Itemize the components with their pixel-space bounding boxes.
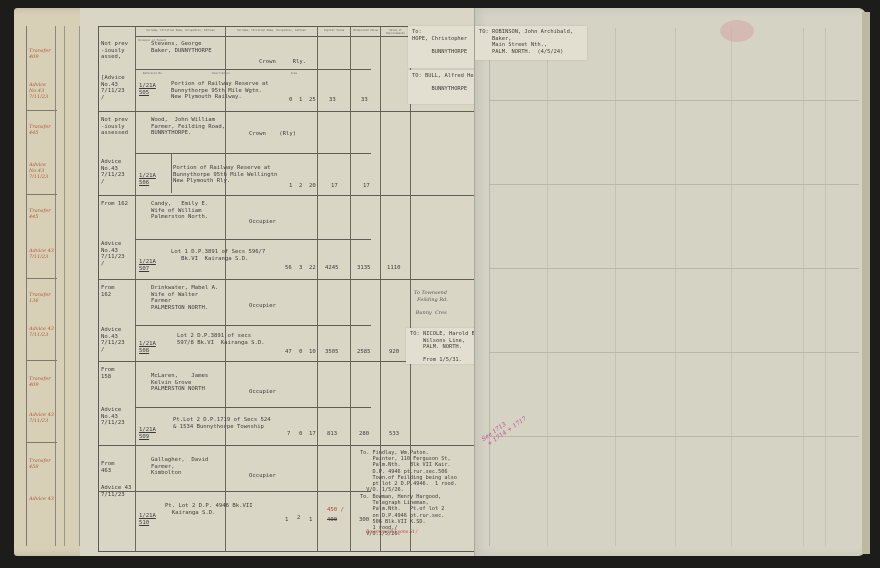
entry-ref-note: Not prev -iously assed, (101, 41, 128, 61)
ghost-line (615, 28, 616, 546)
entry-owner: Drinkwater, Mabel A. Wife of Walter Farm… (151, 285, 218, 311)
margin-stub-secondary (64, 26, 80, 546)
entry-area-acres: 7 (287, 431, 290, 438)
entry-advice: Advice No.43 7/11/23 / (101, 327, 125, 353)
red-footer-note: Bowman Vll Lyons St / (366, 530, 417, 537)
entry-advice: Advice No.43 7/11/23 / (101, 241, 125, 267)
stub-divider (27, 278, 57, 279)
col-line (317, 27, 318, 551)
margin-note: Advice 43 7/11/23 (29, 326, 57, 338)
margin-note: Advice 43 7/11/23 (29, 412, 57, 424)
row-divider (99, 111, 475, 112)
entry-description: Pt.Lot 2 D.P.1719 of Secs 524 & 1534 Bun… (173, 417, 271, 430)
margin-note: Transfer 458 (29, 458, 57, 470)
entry-occupier: Occupier (249, 389, 276, 396)
entry-folio: 1/21A 509 (139, 427, 156, 440)
entry-advice: Advice 43 7/11/23 (101, 485, 131, 498)
entry-area-acres: 1 (285, 517, 288, 524)
entry-ref-note: From 162 (101, 285, 114, 298)
transfer-note-findlay: To. Findlay, Wm.Paton. Painter, 110 Ferg… (360, 450, 457, 493)
entry-advice: [Advice No.43 7/11/23 / (101, 75, 125, 101)
ghost-line (489, 100, 859, 101)
entry-advice: Advice No.43 7/11/23 (101, 407, 125, 427)
left-page: Surname, Christian Name, Occupation, Add… (80, 8, 474, 556)
col-line (225, 27, 226, 551)
stub-divider (27, 442, 57, 443)
entry-improvements: 920 (389, 349, 399, 356)
entry-unimproved-value: 2585 (357, 349, 370, 356)
entry-occupier: Crown (Rly) (249, 131, 296, 138)
entry-area-acres: 0 (289, 97, 292, 104)
entry-owner: Gallagher, David Farmer, Kimbolton (151, 457, 208, 477)
sub-header: Area (271, 70, 317, 80)
stub-divider (27, 194, 57, 195)
entry-ref-note: From 162 (101, 201, 128, 208)
sub-row-divider (135, 325, 371, 326)
entry-capital-value-amended: 450 / (327, 507, 344, 514)
right-page: TO: ROBINSON, John Archibald, Baker, Mai… (474, 8, 866, 556)
entry-capital-value: 33 (329, 97, 336, 104)
margin-note: Advice No.43 7/11/23 (29, 82, 57, 100)
entry-folio: 1/21A 505 (139, 83, 156, 96)
entry-improvements: 1110 (387, 265, 400, 272)
entry-owner: Stevens, George Baker, DUNNYTHORPE (151, 41, 212, 54)
entry-description: Lot 1 D.P.3891 of Secs 596/7 Bk.VI Kaira… (171, 249, 265, 262)
entry-owner: McLaren, James Kelvin Grove PALMERSTON N… (151, 373, 208, 393)
entry-unimproved-value: 33 (361, 97, 368, 104)
ghost-line (489, 436, 859, 437)
entry-area-roods: 3 (299, 265, 302, 272)
entry-occupier: Occupier (249, 303, 276, 310)
row-divider (99, 195, 475, 196)
entry-area-perches: 25 (309, 97, 316, 104)
margin-note: Advice No.43 7/11/23 (29, 162, 57, 180)
entry-improvements: 533 (389, 431, 399, 438)
entry-folio: 1/21A 506 (139, 173, 156, 186)
margin-note: Transfer 445 (29, 124, 57, 136)
row-divider (99, 445, 475, 446)
margin-note: Advice 43 (29, 496, 57, 502)
entry-ref-note: From 158 (101, 367, 114, 380)
entry-folio: 1/21A 507 (139, 259, 156, 272)
entry-area-acres: 56 (285, 265, 292, 272)
handwritten-transfer-note: To Townsend Feilding Rd. Bunny Cres (414, 290, 448, 316)
entry-capital-value: 17 (331, 183, 338, 190)
entry-ref-note: From 463 (101, 461, 114, 474)
margin-note: Transfer 136 (29, 292, 57, 304)
entry-area-acres: 1 (289, 183, 292, 190)
sub-header: Description (171, 70, 271, 80)
ghost-line (489, 352, 859, 353)
entry-occupier: Occupier (249, 473, 276, 480)
entry-area-perches: 10 (309, 349, 316, 356)
stub-divider (27, 360, 57, 361)
entry-area-perches: 1 (309, 517, 312, 524)
margin-note: Advice 43 7/11/23 (29, 248, 57, 260)
entry-unimproved-value: 280 (359, 431, 369, 438)
entry-description: Pt. Lot 2 D.P. 4946 Bk.VII Kairanga S.D. (165, 503, 253, 516)
entry-area-roods: 2 (299, 183, 302, 190)
page-edge (862, 12, 870, 554)
col-line (171, 153, 172, 193)
ghost-line (803, 28, 804, 546)
ghost-line (489, 268, 859, 269)
entry-description: Portion of Railway Reserve at Bunnythorp… (173, 165, 277, 185)
entry-area-perches: 22 (309, 265, 316, 272)
entry-area-perches: 20 (309, 183, 316, 190)
entry-capital-value: 400 (327, 517, 337, 524)
entry-occupier: Occupier (249, 219, 276, 226)
stamp-mark (720, 20, 754, 42)
margin-note: Transfer 409 (29, 376, 57, 388)
entry-area-roods: 0 (299, 431, 302, 438)
entry-folio: 1/21A 510 (139, 513, 156, 526)
entry-capital-value: 4245 (325, 265, 338, 272)
transfer-slip: TO: ROBINSON, John Archibald, Baker, Mai… (475, 26, 587, 60)
sub-header: Reference No. (136, 70, 170, 80)
ghost-line (675, 28, 676, 546)
entry-area-roods: 2 (297, 515, 300, 522)
sub-row-divider (99, 491, 371, 492)
entry-advice: Advice No.43 7/11/23 / (101, 159, 125, 185)
margin-note: Transfer 409 (29, 48, 57, 60)
entry-folio: 1/21A 508 (139, 341, 156, 354)
entry-owner: Wood, John William Farmer, Feilding Road… (151, 117, 225, 137)
ghost-line (731, 28, 732, 546)
sub-row-divider (135, 239, 371, 240)
entry-unimproved-value: 3135 (357, 265, 370, 272)
stub-divider (27, 110, 57, 111)
entry-occupier: Crown Rly. (259, 59, 306, 66)
ghost-line (489, 184, 859, 185)
entry-capital-value: 813 (327, 431, 337, 438)
entry-description: Portion of Railway Reserve at Bunnythorp… (171, 81, 269, 101)
entry-description: Lot 2 D.P.3891 of secs 597/8 Bk.VI Kaira… (177, 333, 265, 346)
entry-area-acres: 47 (285, 349, 292, 356)
sub-row-divider (135, 407, 371, 408)
row-divider (99, 279, 475, 280)
transfer-slip: To: HOPE, Christopher BUNNYTHORPE (408, 26, 476, 68)
ghost-line (825, 28, 826, 546)
margin-note: Transfer 445 (29, 208, 57, 220)
ghost-line (547, 28, 548, 546)
entry-area-roods: 1 (299, 97, 302, 104)
entry-area-perches: 17 (309, 431, 316, 438)
margin-stub: Transfer 409 Advice No.43 7/11/23 Transf… (26, 26, 56, 546)
col-line (350, 27, 351, 551)
entry-area-roods: 0 (299, 349, 302, 356)
ghost-line (489, 28, 490, 546)
entry-ref-note: Not prev -iously assessed (101, 117, 128, 137)
entry-owner: Candy, Emily E. Wife of William Palmerst… (151, 201, 208, 221)
col-line (135, 27, 136, 551)
entry-capital-value: 3505 (325, 349, 338, 356)
entry-unimproved-value: 17 (363, 183, 370, 190)
